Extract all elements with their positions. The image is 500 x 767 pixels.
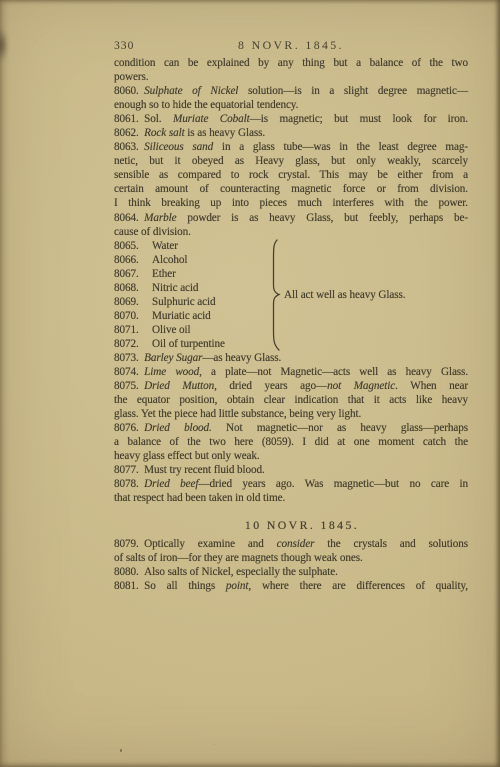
text: 8064. (114, 212, 144, 224)
list-item: 8066.Alcohol (114, 253, 468, 267)
list-item: 8067.Ether (114, 267, 468, 281)
substance-list: 8065.Water8066.Alcohol8067.Ether8068.Nit… (114, 239, 468, 351)
text-line: 8078. Dried beef—dried years ago. Was ma… (114, 477, 468, 491)
item-text: Ether (152, 268, 176, 280)
italic-text: Dried blood. (144, 422, 212, 434)
text-line: I think breaking up into pieces much int… (114, 196, 468, 210)
text-line: powers. (114, 70, 468, 84)
page-number: 330 (114, 39, 134, 52)
text: of salts of iron—for they are magnets th… (114, 552, 363, 564)
italic-text: Dried Mutton (144, 380, 214, 392)
item-text: Alcohol (152, 254, 187, 266)
text-line: certain amount of counteracting magnetic… (114, 182, 468, 196)
text-line: netic, but it obeyed as Heavy glass, but… (114, 154, 468, 168)
page-header: 330 8 NOVR. 1845. (114, 39, 468, 52)
item-number: 8065. (114, 239, 152, 253)
paper-speck (214, 744, 215, 745)
text: 8060. (114, 85, 144, 97)
italic-text: Dried beef (144, 478, 198, 490)
text-line: cause of division. (114, 225, 468, 239)
text-line: a balance of the two here (8059). I did … (114, 435, 468, 449)
text: 8077. Must try recent fluid blood. (114, 464, 265, 476)
italic-text: Muriate Cobalt (173, 113, 250, 125)
text-line: 8063. Siliceous sand in a glass tube—was… (114, 140, 468, 154)
italic-text: not Magnetic (327, 380, 395, 392)
text: Not magnetic—nor as heavy glass—perhaps (212, 422, 468, 434)
running-head: 8 NOVR. 1845. (114, 39, 468, 52)
text: . When near (395, 380, 468, 392)
text-line: of salts of iron—for they are magnets th… (114, 551, 468, 565)
text-line: 8061. Sol. Muriate Cobalt—is magnetic; b… (114, 112, 468, 126)
scanned-book-page: 330 8 NOVR. 1845. condition can be expla… (0, 0, 500, 767)
italic-text: Lime wood (144, 366, 199, 378)
text-line: sensible as compared to rock crystal. Th… (114, 168, 468, 182)
item-number: 8070. (114, 309, 152, 323)
text-line: that respect had been taken in old time. (114, 491, 468, 505)
list-item: 8072.Oil of turpentine (114, 337, 468, 351)
italic-text: Rock salt (144, 127, 184, 139)
text-line: 8064. Marble powder is as heavy Glass, b… (114, 211, 468, 225)
text-line: 8076. Dried blood. Not magnetic—nor as h… (114, 421, 468, 435)
text: the crystals and solutions (314, 538, 468, 550)
text: cause of division. (114, 226, 191, 238)
item-number: 8072. (114, 337, 152, 351)
text: sensible as compared to rock crystal. Th… (114, 169, 468, 181)
text: 8061. Sol. (114, 113, 173, 125)
brace-icon (265, 239, 285, 351)
item-text: Muriatic acid (152, 310, 211, 322)
italic-text: Marble (144, 212, 176, 224)
text-line: heavy glass effect but only weak. (114, 449, 468, 463)
item-text: Nitric acid (152, 282, 198, 294)
text: 8073. (114, 352, 144, 364)
item-text: Sulphuric acid (152, 296, 216, 308)
text-line: 8062. Rock salt is as heavy Glass. (114, 126, 468, 140)
page-body: condition can be explained by any thing … (114, 56, 468, 593)
brace-note: All act well as heavy Glass. (284, 288, 405, 302)
item-text: Oil of turpentine (152, 338, 225, 350)
gutter-smudge (0, 28, 8, 62)
text: , a plate—not Magnetic—acts well as heav… (199, 366, 468, 378)
text: enough so to hide the equatorial tendenc… (114, 99, 298, 111)
text: , dried years ago— (214, 380, 327, 392)
text: I think breaking up into pieces much int… (114, 197, 468, 209)
text: powers. (114, 71, 148, 83)
text: 8076. (114, 422, 144, 434)
text: that respect had been taken in old time. (114, 492, 285, 504)
text-line: 8080. Also salts of Nickel, especially t… (114, 565, 468, 579)
text: certain amount of counteracting magnetic… (114, 183, 468, 195)
text: 8062. (114, 127, 144, 139)
italic-text: Barley Sugar (144, 352, 202, 364)
text-line: the equator position, obtain clear indic… (114, 393, 468, 407)
text-line: 8073. Barley Sugar—as heavy Glass. (114, 351, 468, 365)
text-line: 8081. So all things point, where there a… (114, 579, 468, 593)
text: —is magnetic; but must look for iron. (250, 113, 468, 125)
item-number: 8068. (114, 281, 152, 295)
text-line: 8079. Optically examine and consider the… (114, 537, 468, 551)
text: 8074. (114, 366, 144, 378)
text: —dried years ago. Was magnetic—but no ca… (198, 478, 468, 490)
text: condition can be explained by any thing … (114, 57, 468, 69)
text: 8063. (114, 141, 144, 153)
italic-text: consider (277, 538, 315, 550)
italic-text: Sulphate of Nickel (144, 85, 238, 97)
item-text: Olive oil (152, 324, 191, 336)
list-item: 8071.Olive oil (114, 323, 468, 337)
item-number: 8069. (114, 295, 152, 309)
item-number: 8066. (114, 253, 152, 267)
text: 8080. Also salts of Nickel, especially t… (114, 566, 338, 578)
item-text: Water (152, 240, 178, 252)
text-line: 8075. Dried Mutton, dried years ago—not … (114, 379, 468, 393)
text: netic, but it obeyed as Heavy glass, but… (114, 155, 468, 167)
text: in a glass tube—was in the least degree … (213, 141, 468, 153)
text: , where there are differences of quality… (248, 580, 468, 592)
section-heading: 10 NOVR. 1845. (136, 518, 468, 532)
text-line: 8077. Must try recent fluid blood. (114, 463, 468, 477)
text: powder is as heavy Glass, but feebly, pe… (177, 212, 468, 224)
text: a balance of the two here (8059). I did … (114, 436, 468, 448)
paper-speck (120, 749, 122, 752)
text-line: condition can be explained by any thing … (114, 56, 468, 70)
item-number: 8067. (114, 267, 152, 281)
text-line: enough so to hide the equatorial tendenc… (114, 98, 468, 112)
italic-text: Siliceous sand (144, 141, 213, 153)
text: solution—is in a slight degree magnetic— (238, 85, 468, 97)
text: heavy glass effect but only weak. (114, 450, 260, 462)
text: 8078. (114, 478, 144, 490)
item-number: 8071. (114, 323, 152, 337)
text-line: glass. Yet the piece had little substanc… (114, 407, 468, 421)
text: 8081. So all things (114, 580, 226, 592)
text-line: 8074. Lime wood, a plate—not Magnetic—ac… (114, 365, 468, 379)
text: 8075. (114, 380, 144, 392)
italic-text: point (226, 580, 249, 592)
text: —as heavy Glass. (202, 352, 281, 364)
text: 8079. Optically examine and (114, 538, 277, 550)
gutter-shadow (0, 0, 10, 767)
list-item: 8065.Water (114, 239, 468, 253)
text: the equator position, obtain clear indic… (114, 394, 468, 406)
list-item: 8070.Muriatic acid (114, 309, 468, 323)
text: is as heavy Glass. (185, 127, 265, 139)
text: glass. Yet the piece had little substanc… (114, 408, 361, 420)
text-line: 8060. Sulphate of Nickel solution—is in … (114, 84, 468, 98)
